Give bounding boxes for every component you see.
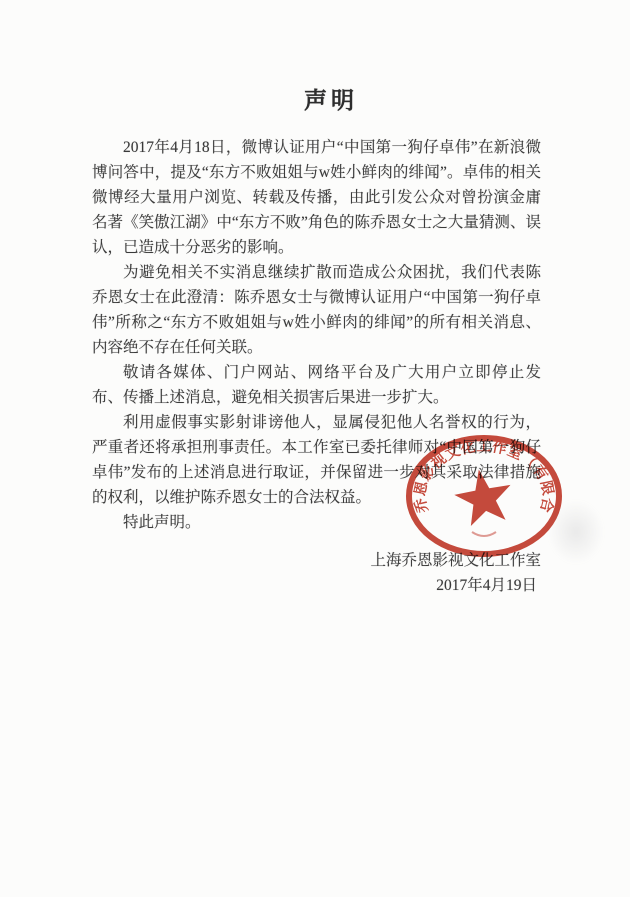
paragraph-5: 特此声明。 [92,510,541,535]
signature-block: 上海乔恩影视文化工作室 2017年4月19日 [92,548,541,598]
signature-organization: 上海乔恩影视文化工作室 [92,548,541,573]
paragraph-2: 为避免相关不实消息继续扩散而造成公众困扰，我们代表陈乔恩女士在此澄清：陈乔恩女士… [92,260,541,360]
signature-date: 2017年4月19日 [92,573,541,598]
scan-smudge [548,500,604,564]
document-title: 声明 [0,82,630,115]
statement-document-page: 声明 2017年4月18日，微博认证用户“中国第一狗仔卓伟”在新浪微博问答中，提… [0,0,630,897]
paragraph-3: 敬请各媒体、门户网站、网络平台及广大用户立即停止发布、传播上述消息，避免相关损害… [92,360,541,410]
document-body: 2017年4月18日，微博认证用户“中国第一狗仔卓伟”在新浪微博问答中，提及“东… [92,135,541,598]
paragraph-4: 利用虚假事实影射诽谤他人，显属侵犯他人名誉权的行为，严重者还将承担刑事责任。本工… [92,410,541,510]
paragraph-1: 2017年4月18日，微博认证用户“中国第一狗仔卓伟”在新浪微博问答中，提及“东… [92,135,541,260]
